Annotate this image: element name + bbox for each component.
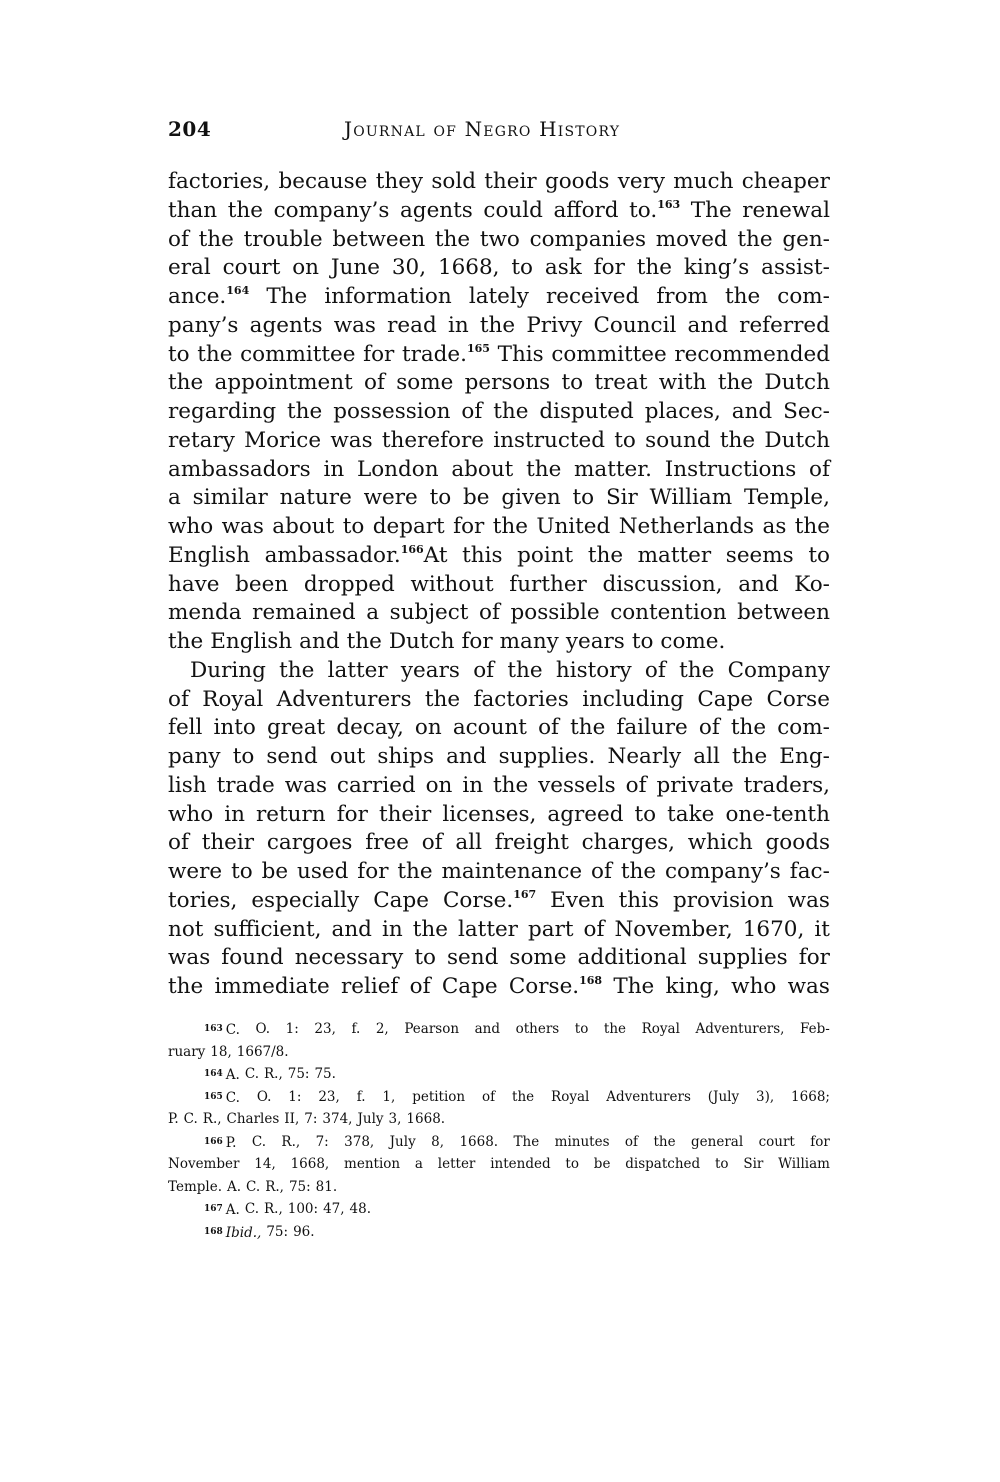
footnote-line: 168Ibid.,75:96. — [168, 1221, 830, 1244]
text-line: eralcourtonJune30,1668,toaskfortheking’s… — [168, 254, 830, 283]
text-line: whowasabouttodepartfortheUnitedNetherlan… — [168, 513, 830, 542]
text-line: mendaremainedasubjectofpossiblecontentio… — [168, 599, 830, 628]
text-line: theimmediatereliefofCapeCorse.168Theking… — [168, 973, 830, 1002]
footnote-line: November14,1668,mentionaletterintendedto… — [168, 1153, 830, 1176]
footnote-number: 164 — [204, 1069, 223, 1079]
text-line: Englishambassador.166Atthispointthematte… — [168, 542, 830, 571]
text-line: factories,becausetheysoldtheirgoodsverym… — [168, 168, 830, 197]
footnote-ref[interactable]: 164 — [226, 284, 249, 297]
footnote-number: 163 — [204, 1024, 223, 1034]
text-line: whoinreturnfortheirlicenses,agreedtotake… — [168, 801, 830, 830]
body-text: factories,becausetheysoldtheirgoodsverym… — [168, 168, 830, 1002]
text-line: DuringthelatteryearsofthehistoryoftheCom… — [168, 657, 830, 686]
footnote-ref[interactable]: 167 — [513, 888, 536, 901]
text-line: asimilarnatureweretobegiventoSirWilliamT… — [168, 484, 830, 513]
text-line: oftheircargoesfreeofallfreightcharges,wh… — [168, 829, 830, 858]
text-line: lishtradewascarriedoninthevesselsofpriva… — [168, 772, 830, 801]
text-line: notsufficient,andinthelatterpartofNovemb… — [168, 916, 830, 945]
footnote-number: 166 — [204, 1137, 223, 1147]
footnote-ref[interactable]: 166 — [401, 543, 424, 556]
footnote-number: 167 — [204, 1204, 223, 1214]
footnotes: 163C.O.1:23,f.2,PearsonandotherstotheRoy… — [168, 1018, 830, 1243]
text-line: wasfoundnecessarytosendsomeadditionalsup… — [168, 944, 830, 973]
text-line: retaryMoricewasthereforeinstructedtosoun… — [168, 427, 830, 456]
text-line: ance.164Theinformationlatelyreceivedfrom… — [168, 283, 830, 312]
footnote-line: Temple.A.C.R.,75:81. — [168, 1176, 830, 1199]
footnote-line: ruary18,1667/8. — [168, 1041, 830, 1064]
text-line: theEnglishandtheDutchformanyyearstocome. — [168, 628, 830, 657]
footnote-ref[interactable]: 163 — [657, 198, 680, 211]
running-head: 204 Journal of Negro History — [168, 117, 830, 147]
text-line: fellintogreatdecay,onacountofthefailureo… — [168, 714, 830, 743]
text-line: tories,especiallyCapeCorse.167Eventhispr… — [168, 887, 830, 916]
text-line: theappointmentofsomepersonstotreatwithth… — [168, 369, 830, 398]
footnote-line: 166P.C.R.,7:378,July8,1668.Theminutesoft… — [168, 1131, 830, 1154]
footnote-line: 163C.O.1:23,f.2,PearsonandotherstotheRoy… — [168, 1018, 830, 1041]
page-number: 204 — [168, 117, 211, 141]
footnote-line: 165C.O.1:23,f.1,petitionoftheRoyalAdvent… — [168, 1086, 830, 1109]
footnote-number: 168 — [204, 1227, 223, 1237]
footnote-line: P.C.R.,CharlesII,7:374,July3,1668. — [168, 1108, 830, 1131]
text-line: havebeendroppedwithoutfurtherdiscussion,… — [168, 571, 830, 600]
footnote-ref[interactable]: 165 — [467, 342, 490, 355]
text-line: ofRoyalAdventurersthefactoriesincludingC… — [168, 686, 830, 715]
text-line: tothecommitteefortrade.165Thiscommitteer… — [168, 341, 830, 370]
text-line: weretobeusedforthemaintenanceofthecompan… — [168, 858, 830, 887]
text-line: pany’sagentswasreadinthePrivyCouncilandr… — [168, 312, 830, 341]
text-line: regardingthepossessionofthedisputedplace… — [168, 398, 830, 427]
footnote-ref[interactable]: 168 — [579, 974, 602, 987]
footnote-line: 164A.C.R.,75:75. — [168, 1063, 830, 1086]
footnote-line: 167A.C.R.,100:47,48. — [168, 1198, 830, 1221]
text-line: thanthecompany’sagentscouldaffordto.163T… — [168, 197, 830, 226]
text-line: panytosendoutshipsandsupplies.Nearlyallt… — [168, 743, 830, 772]
journal-title: Journal of Negro History — [344, 117, 620, 141]
text-line: ofthetroublebetweenthetwocompaniesmovedt… — [168, 226, 830, 255]
footnote-number: 165 — [204, 1092, 223, 1102]
text-line: ambassadorsinLondonaboutthematter.Instru… — [168, 456, 830, 485]
